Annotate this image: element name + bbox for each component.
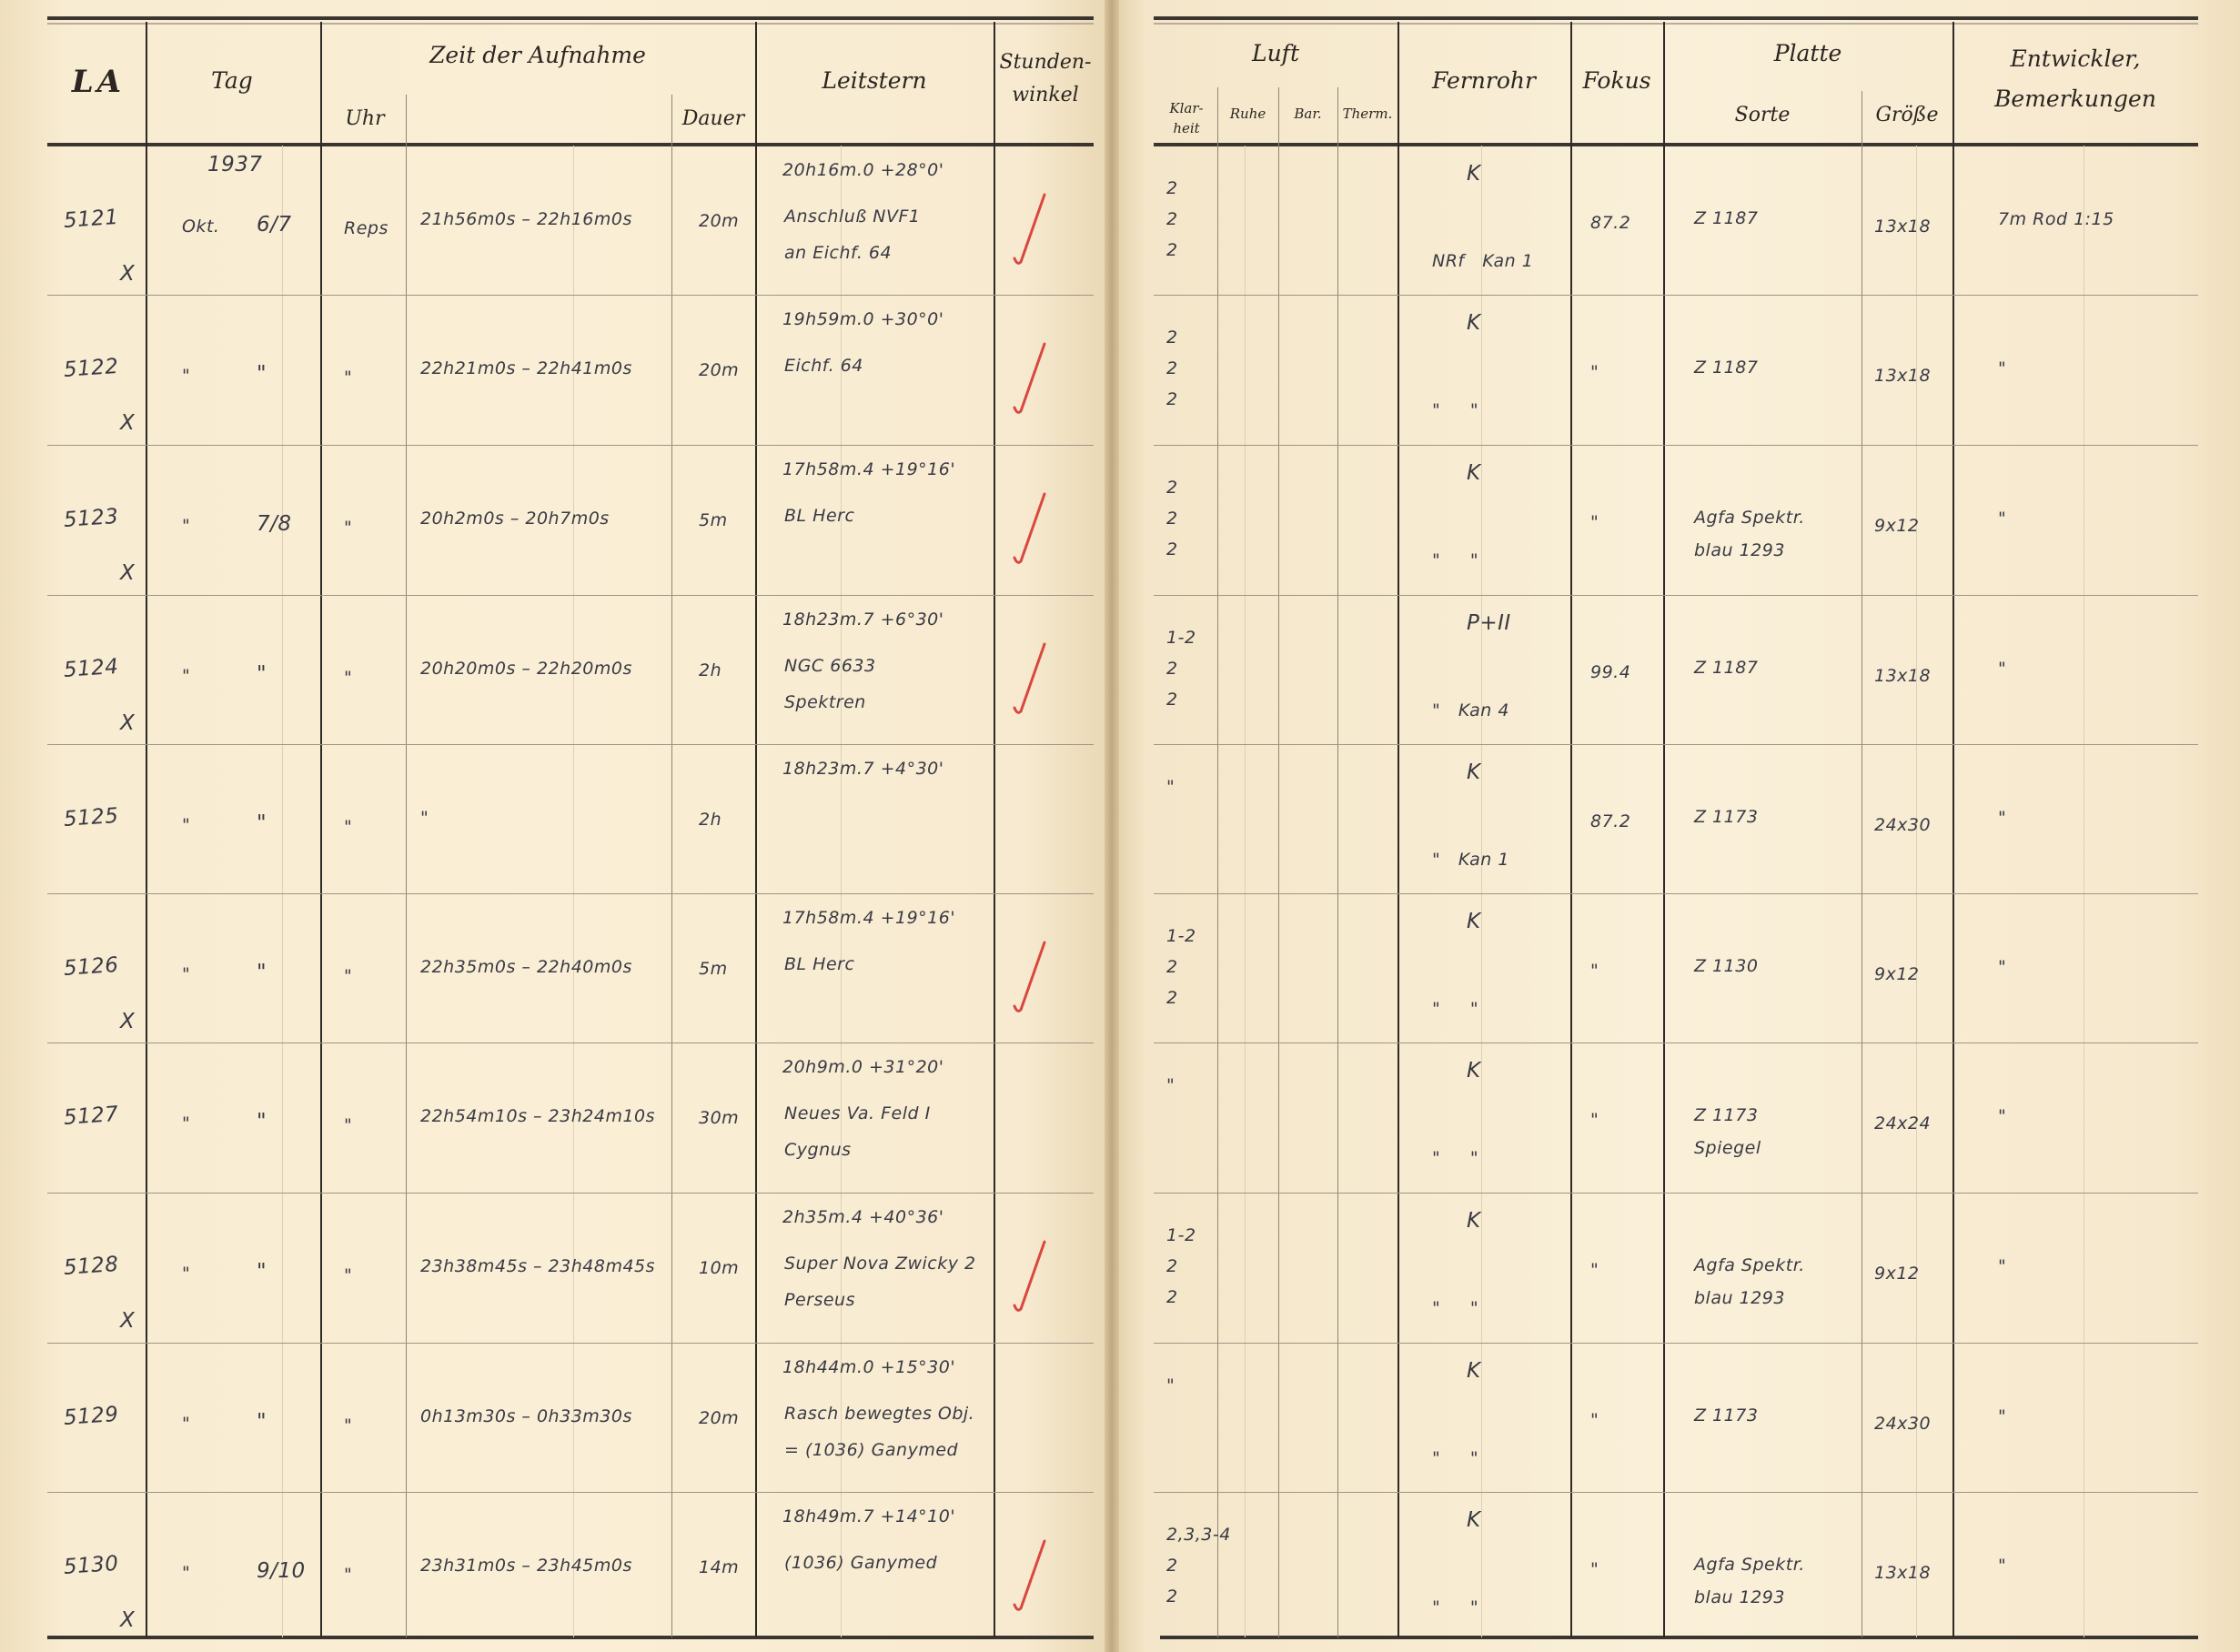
- zeit-range: 22h35m0s – 22h40m0s: [420, 957, 632, 977]
- fernrohr-detail: " ": [1432, 1148, 1478, 1168]
- tag-month: ": [182, 1414, 190, 1434]
- header-bottom-rule-left: [47, 143, 1094, 146]
- measured-mark: X: [120, 1309, 135, 1333]
- dauer-value: 20m: [699, 211, 739, 231]
- dauer-value: 14m: [699, 1557, 739, 1577]
- header-platte: Platte: [1663, 40, 1952, 66]
- tag-day: ": [257, 1410, 267, 1434]
- platte-sorte: Z 1173 Spiegel: [1694, 1099, 1761, 1164]
- row-separator: [47, 1492, 1094, 1493]
- header-bottom-rule-right: [1154, 143, 2198, 146]
- leitstern-coordinates: 2h35m.4 +40°36': [782, 1207, 943, 1227]
- red-check-icon: [1012, 637, 1048, 719]
- platte-groesse: 13x18: [1874, 666, 1931, 686]
- platte-sorte: Z 1173: [1694, 1399, 1758, 1432]
- platte-groesse: 24x24: [1874, 1113, 1931, 1133]
- faint-line: [282, 146, 283, 1637]
- row-separator: [47, 295, 1094, 296]
- tag-day: ": [257, 961, 267, 984]
- uhr-value: ": [344, 1115, 352, 1135]
- header-uhr: Uhr: [324, 107, 406, 130]
- leitstern-coordinates: 19h59m.0 +30°0': [782, 309, 943, 329]
- dauer-value: 5m: [699, 510, 728, 530]
- red-check-icon: [1012, 337, 1048, 418]
- tag-month: ": [182, 1563, 190, 1583]
- fernrohr-instrument: K: [1467, 162, 1481, 186]
- platte-sorte: Agfa Spektr. blau 1293: [1694, 1249, 1805, 1315]
- col-divider-uhr: [406, 95, 407, 1637]
- plate-number: 5129: [63, 1403, 119, 1430]
- row-separator: [47, 1043, 1094, 1043]
- fernrohr-detail: " ": [1432, 1448, 1478, 1468]
- measured-mark: X: [120, 262, 135, 286]
- header-ruhe: Ruhe: [1217, 104, 1278, 124]
- bottom-rule-right: [1160, 1636, 2198, 1639]
- tag-month: Okt.: [182, 217, 219, 237]
- header-zeit-der-aufnahme: Zeit der Aufnahme: [320, 42, 755, 68]
- col-divider-fernrohr: [1570, 22, 1572, 1637]
- fernrohr-instrument: K: [1467, 1209, 1481, 1233]
- tag-day: ": [257, 1260, 267, 1284]
- platte-sorte: Z 1130: [1694, 950, 1758, 982]
- tag-day: 6/7: [257, 213, 292, 237]
- row-separator: [1154, 295, 2198, 296]
- col-divider-leitstern: [994, 22, 995, 1637]
- fokus-value: ": [1590, 362, 1599, 382]
- dauer-value: 20m: [699, 1408, 739, 1428]
- col-divider-dauer: [755, 22, 757, 1637]
- platte-sorte: Z 1173: [1694, 801, 1758, 833]
- bemerkungen: ": [1998, 358, 2006, 378]
- fokus-value: 87.2: [1590, 213, 1630, 233]
- leitstern-note: NGC 6633 Spektren: [784, 648, 876, 720]
- col-divider-bar: [1337, 87, 1338, 1637]
- plate-number: 5124: [63, 655, 119, 682]
- leitstern-coordinates: 18h23m.7 +6°30': [782, 609, 943, 630]
- uhr-value: ": [344, 368, 352, 388]
- header-dauer: Dauer: [671, 107, 755, 130]
- plate-number: 5125: [63, 804, 119, 831]
- dauer-value: 2h: [699, 810, 721, 830]
- uhr-value: ": [344, 518, 352, 538]
- header-tag: Tag: [182, 67, 282, 94]
- tag-day: ": [257, 811, 267, 835]
- tag-day: ": [257, 1110, 267, 1133]
- row-separator: [1154, 893, 2198, 894]
- bottom-rule-left: [47, 1636, 1094, 1639]
- plate-number: 5126: [63, 953, 119, 981]
- year-label: 1937: [207, 153, 263, 176]
- measured-mark: X: [120, 561, 135, 585]
- fokus-value: ": [1590, 1410, 1599, 1430]
- tag-month: ": [182, 666, 190, 686]
- row-separator: [47, 445, 1094, 446]
- dauer-value: 20m: [699, 360, 739, 380]
- fokus-value: ": [1590, 961, 1599, 981]
- row-separator: [1154, 1343, 2198, 1344]
- bemerkungen: ": [1998, 1406, 2006, 1426]
- red-check-icon: [1012, 1534, 1048, 1616]
- leitstern-coordinates: 18h49m.7 +14°10': [782, 1506, 955, 1526]
- row-separator: [47, 893, 1094, 894]
- fernrohr-instrument: K: [1467, 1359, 1481, 1383]
- dauer-value: 2h: [699, 660, 721, 680]
- header-stundenwinkel-1: Stunden-: [995, 51, 1095, 74]
- luft-klarheit: ": [1166, 1370, 1175, 1401]
- row-separator: [1154, 445, 2198, 446]
- luft-klarheit: 1-2 2 2: [1166, 921, 1196, 1013]
- zeit-range: 23h38m45s – 23h48m45s: [420, 1256, 655, 1276]
- row-separator: [1154, 595, 2198, 596]
- header-entwickler: Entwickler,: [1952, 45, 2198, 72]
- zeit-range: 20h2m0s – 20h7m0s: [420, 509, 610, 529]
- platte-sorte: Z 1187: [1694, 651, 1758, 684]
- fokus-value: 99.4: [1590, 662, 1630, 682]
- uhr-value: Reps: [344, 218, 388, 238]
- header-la: LA: [53, 64, 144, 100]
- platte-sorte: Z 1187: [1694, 351, 1758, 384]
- fernrohr-instrument: K: [1467, 311, 1481, 335]
- col-divider-luft: [1397, 22, 1399, 1637]
- plate-number: 5122: [63, 355, 119, 382]
- zeit-range: 20h20m0s – 22h20m0s: [420, 659, 632, 679]
- fernrohr-detail: " ": [1432, 1597, 1478, 1617]
- fernrohr-detail: " Kan 1: [1432, 850, 1509, 870]
- luft-klarheit: 1-2 2 2: [1166, 622, 1196, 715]
- tag-month: ": [182, 1113, 190, 1133]
- luft-klarheit: 2,3,3-4 2 2: [1166, 1519, 1231, 1612]
- uhr-value: ": [344, 1565, 352, 1585]
- top-rule-right: [1154, 16, 2198, 20]
- fernrohr-instrument: K: [1467, 910, 1481, 933]
- col-divider-la: [146, 22, 147, 1637]
- header-luft: Luft: [1154, 40, 1397, 66]
- platte-groesse: 13x18: [1874, 1563, 1931, 1583]
- plate-number: 5127: [63, 1103, 119, 1130]
- fernrohr-detail: " ": [1432, 999, 1478, 1019]
- leitstern-note: Anschluß NVF1 an Eichf. 64: [784, 198, 920, 271]
- header-sorte: Sorte: [1663, 104, 1862, 126]
- platte-groesse: 24x30: [1874, 815, 1931, 835]
- header-klarheit-2: heit: [1155, 118, 1217, 138]
- fokus-value: ": [1590, 512, 1599, 532]
- bemerkungen: ": [1998, 509, 2006, 529]
- fernrohr-instrument: K: [1467, 761, 1481, 784]
- tag-month: ": [182, 815, 190, 835]
- row-separator: [1154, 744, 2198, 745]
- top-rule-right-thin: [1154, 23, 2198, 25]
- plate-number: 5128: [63, 1253, 119, 1280]
- leitstern-coordinates: 18h44m.0 +15°30': [782, 1357, 955, 1377]
- fokus-value: ": [1590, 1110, 1599, 1130]
- tag-day: 9/10: [257, 1559, 306, 1583]
- tag-month: ": [182, 1264, 190, 1284]
- leitstern-note: Eichf. 64: [784, 348, 863, 384]
- zeit-range: 22h54m10s – 23h24m10s: [420, 1106, 655, 1126]
- header-fernrohr: Fernrohr: [1397, 67, 1570, 94]
- leitstern-coordinates: 17h58m.4 +19°16': [782, 459, 955, 479]
- header-bemerkungen: Bemerkungen: [1952, 86, 2198, 112]
- luft-klarheit: 2 2 2: [1166, 322, 1178, 415]
- faint-line: [1245, 146, 1246, 1637]
- bemerkungen: ": [1998, 1256, 2006, 1276]
- measured-mark: X: [120, 1608, 135, 1632]
- leitstern-coordinates: 17h58m.4 +19°16': [782, 908, 955, 928]
- bemerkungen: ": [1998, 1106, 2006, 1126]
- plate-number: 5121: [63, 206, 119, 233]
- col-divider-ruhe: [1278, 87, 1279, 1637]
- dauer-value: 30m: [699, 1108, 739, 1128]
- tag-day: ": [257, 362, 267, 386]
- measured-mark: X: [120, 711, 135, 735]
- fernrohr-instrument: K: [1467, 1508, 1481, 1532]
- platte-groesse: 24x30: [1874, 1414, 1931, 1434]
- fernrohr-instrument: P+II: [1467, 611, 1511, 635]
- header-leitstern: Leitstern: [755, 67, 994, 94]
- row-separator: [1154, 1193, 2198, 1194]
- fernrohr-detail: " ": [1432, 400, 1478, 420]
- bemerkungen: ": [1998, 659, 2006, 679]
- tag-month: ": [182, 964, 190, 984]
- leitstern-note: Super Nova Zwicky 2 Perseus: [784, 1245, 976, 1318]
- uhr-value: ": [344, 1415, 352, 1435]
- zeit-range: 22h21m0s – 22h41m0s: [420, 358, 632, 378]
- platte-groesse: 9x12: [1874, 1264, 1920, 1284]
- luft-klarheit: 1-2 2 2: [1166, 1220, 1196, 1313]
- platte-sorte: Z 1187: [1694, 202, 1758, 235]
- luft-klarheit: 2 2 2: [1166, 173, 1178, 266]
- fernrohr-detail: " ": [1432, 1298, 1478, 1318]
- fokus-value: ": [1590, 1559, 1599, 1579]
- book-gutter: [1105, 0, 1119, 1652]
- tag-month: ": [182, 516, 190, 536]
- uhr-value: ": [344, 817, 352, 837]
- measured-mark: X: [120, 411, 135, 435]
- uhr-value: ": [344, 668, 352, 688]
- red-check-icon: [1012, 1234, 1048, 1316]
- row-separator: [1154, 1043, 2198, 1043]
- fokus-value: ": [1590, 1260, 1599, 1280]
- uhr-value: ": [344, 966, 352, 986]
- leitstern-note: Rasch bewegtes Obj. = (1036) Ganymed: [784, 1395, 974, 1468]
- leitstern-coordinates: 20h16m.0 +28°0': [782, 160, 943, 180]
- measured-mark: X: [120, 1010, 135, 1033]
- zeit-range: 23h31m0s – 23h45m0s: [420, 1556, 632, 1576]
- col-divider-sorte: [1862, 91, 1862, 1637]
- dauer-value: 10m: [699, 1258, 739, 1278]
- fernrohr-instrument: K: [1467, 461, 1481, 485]
- row-separator: [47, 744, 1094, 745]
- header-klarheit-1: Klar-: [1155, 98, 1217, 118]
- row-separator: [47, 1193, 1094, 1194]
- fernrohr-detail: " Kan 4: [1432, 700, 1509, 720]
- bemerkungen: ": [1998, 1556, 2006, 1576]
- leitstern-coordinates: 20h9m.0 +31°20': [782, 1057, 943, 1077]
- red-check-icon: [1012, 935, 1048, 1017]
- header-groesse: Größe: [1862, 104, 1952, 126]
- tag-month: ": [182, 366, 190, 386]
- uhr-value: ": [344, 1265, 352, 1285]
- platte-sorte: Agfa Spektr. blau 1293: [1694, 501, 1805, 567]
- header-stundenwinkel-2: winkel: [995, 84, 1095, 106]
- plate-number: 5130: [63, 1552, 119, 1579]
- right-page: [1112, 0, 2240, 1652]
- luft-klarheit: ": [1166, 771, 1175, 802]
- bemerkungen: ": [1998, 808, 2006, 828]
- header-therm: Therm.: [1337, 104, 1397, 124]
- leitstern-note: Neues Va. Feld I Cygnus: [784, 1095, 931, 1168]
- row-separator: [47, 1343, 1094, 1344]
- zeit-range: ": [420, 808, 429, 828]
- luft-klarheit: ": [1166, 1070, 1175, 1101]
- header-bar: Bar.: [1278, 104, 1337, 124]
- row-separator: [1154, 1492, 2198, 1493]
- leitstern-note: BL Herc: [784, 498, 854, 534]
- bemerkungen: 7m Rod 1:15: [1998, 209, 2114, 229]
- top-rule-left-thin: [47, 23, 1094, 25]
- zeit-range: 0h13m30s – 0h33m30s: [420, 1406, 632, 1426]
- platte-groesse: 13x18: [1874, 217, 1931, 237]
- col-divider-fokus: [1663, 22, 1665, 1637]
- zeit-range: 21h56m0s – 22h16m0s: [420, 209, 632, 229]
- platte-groesse: 13x18: [1874, 366, 1931, 386]
- luft-klarheit: 2 2 2: [1166, 472, 1178, 565]
- fernrohr-detail: NRf Kan 1: [1432, 251, 1533, 271]
- fernrohr-instrument: K: [1467, 1059, 1481, 1083]
- red-check-icon: [1012, 487, 1048, 569]
- tag-day: ": [257, 662, 267, 686]
- plate-number: 5123: [63, 505, 119, 532]
- tag-day: 7/8: [257, 512, 292, 536]
- col-divider-klarheit: [1217, 87, 1218, 1637]
- bemerkungen: ": [1998, 957, 2006, 977]
- dauer-value: 5m: [699, 959, 728, 979]
- top-rule-left: [47, 16, 1094, 20]
- fokus-value: 87.2: [1590, 811, 1630, 831]
- faint-line: [1481, 146, 1482, 1637]
- platte-sorte: Agfa Spektr. blau 1293: [1694, 1548, 1805, 1614]
- col-divider-tag: [320, 22, 322, 1637]
- platte-groesse: 9x12: [1874, 516, 1920, 536]
- leitstern-note: (1036) Ganymed: [784, 1545, 937, 1581]
- col-divider-zeit: [671, 95, 672, 1637]
- red-check-icon: [1012, 187, 1048, 269]
- leitstern-coordinates: 18h23m.7 +4°30': [782, 759, 943, 779]
- platte-groesse: 9x12: [1874, 964, 1920, 984]
- col-divider-platte: [1952, 22, 1954, 1637]
- leitstern-note: BL Herc: [784, 946, 854, 982]
- faint-line: [2084, 146, 2084, 1637]
- row-separator: [47, 595, 1094, 596]
- fernrohr-detail: " ": [1432, 550, 1478, 570]
- header-fokus: Fokus: [1570, 67, 1663, 94]
